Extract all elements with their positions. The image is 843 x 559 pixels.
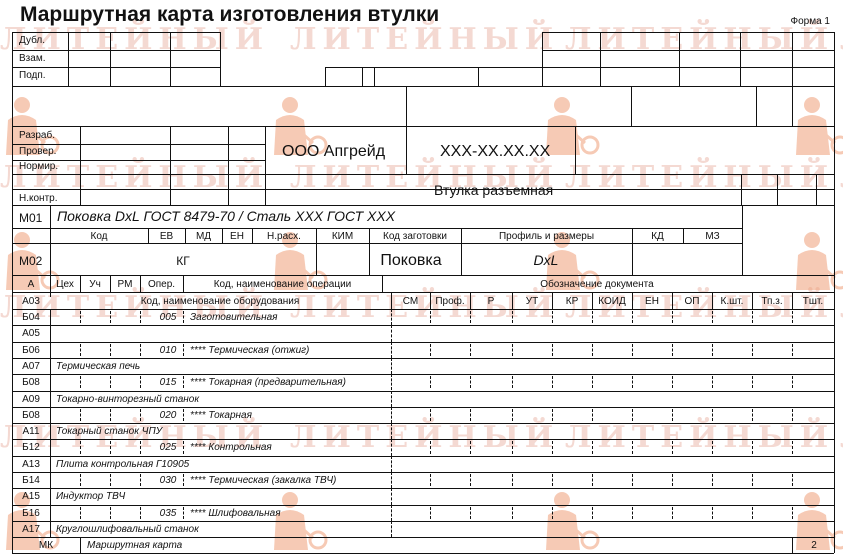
rule-line (252, 228, 253, 243)
dashed-separator (632, 311, 633, 323)
dashed-separator (592, 474, 593, 486)
watermark-text: ЛИТЕЙНЫЙ (290, 290, 559, 325)
dashed-separator (391, 358, 392, 374)
row-code[interactable]: А11 (22, 427, 39, 437)
rule-line (12, 205, 834, 206)
rule-line (631, 86, 632, 126)
rule-line (406, 126, 407, 174)
dashed-separator (391, 521, 392, 537)
rule-line (12, 309, 834, 310)
rule-line (12, 488, 834, 489)
dashed-separator (391, 342, 392, 358)
dashed-separator (672, 376, 673, 388)
dashed-separator (183, 409, 184, 421)
signature-label-prover: Провер. (19, 147, 56, 157)
dashed-separator (183, 344, 184, 356)
dashed-separator (632, 376, 633, 388)
dashed-separator (183, 507, 184, 519)
row-code[interactable]: Б08 (22, 378, 40, 388)
dashed-separator (712, 311, 713, 323)
rule-line (222, 228, 223, 243)
form-label: Форма 1 (790, 16, 830, 27)
dashed-separator (512, 474, 513, 486)
dashed-separator (140, 441, 141, 453)
operation-number[interactable]: 025 (160, 443, 177, 453)
rule-line (632, 292, 633, 309)
dashed-separator (140, 311, 141, 323)
dashed-separator (391, 391, 392, 407)
rule-line (777, 174, 778, 205)
equipment-name[interactable]: Термическая печь (56, 362, 140, 372)
equipment-name[interactable]: Индуктор ТВЧ (56, 492, 125, 502)
rule-line (12, 275, 834, 276)
rule-line (185, 228, 186, 243)
rule-line (325, 67, 326, 86)
dashed-separator (80, 474, 81, 486)
rule-line (542, 32, 543, 86)
foundry-worker-icon (268, 490, 328, 559)
dashed-separator (391, 325, 392, 341)
rule-line (110, 275, 111, 292)
rule-line (12, 325, 834, 326)
rule-line (834, 32, 835, 553)
signature-label-razrab: Разраб. (19, 131, 55, 141)
rule-line (369, 243, 370, 275)
dashed-separator (712, 441, 713, 453)
dashed-separator (752, 376, 753, 388)
row-code[interactable]: Б08 (22, 411, 40, 421)
rule-line (12, 292, 834, 293)
dashed-separator (632, 474, 633, 486)
operation-name[interactable]: **** Шлифовальная (190, 509, 281, 519)
m02-blank-code: Поковка (380, 253, 441, 269)
row-code[interactable]: А09 (22, 395, 40, 405)
m02-header-3: ЕН (230, 232, 244, 242)
rule-line (50, 309, 51, 537)
equipment-name[interactable]: Токарный станок ЧПУ (56, 427, 162, 437)
rule-line (12, 521, 834, 522)
rule-line (374, 67, 375, 86)
dashed-separator (470, 376, 471, 388)
dashed-separator (792, 344, 793, 356)
dashed-separator (110, 344, 111, 356)
rule-line (792, 86, 793, 126)
rule-line (391, 292, 392, 309)
dashed-separator (80, 409, 81, 421)
rule-line (741, 174, 742, 205)
part-name: Втулка разъемная (434, 183, 553, 197)
m02-header-5: КИМ (332, 232, 353, 242)
dashed-separator (80, 311, 81, 323)
row-code[interactable]: Б14 (22, 476, 40, 486)
header-b-col-1: Проф. (435, 297, 464, 307)
rule-line (12, 32, 220, 33)
dashed-separator (512, 344, 513, 356)
dashed-separator (391, 472, 392, 488)
stamp-label-dubl: Дубл. (19, 36, 45, 46)
dashed-separator (552, 311, 553, 323)
dashed-separator (140, 507, 141, 519)
dashed-separator (391, 439, 392, 455)
dashed-separator (752, 344, 753, 356)
operation-name[interactable]: **** Токарная (190, 411, 252, 421)
rule-line (316, 228, 317, 243)
rule-line (12, 537, 834, 538)
rule-line (632, 228, 633, 243)
dashed-separator (632, 507, 633, 519)
dashed-separator (470, 311, 471, 323)
dashed-separator (183, 441, 184, 453)
rule-line (362, 67, 363, 86)
row-code[interactable]: Б06 (22, 346, 40, 356)
equipment-name[interactable]: Плита контрольная Г10905 (56, 460, 189, 470)
m02-header-0: Код (90, 232, 107, 242)
dashed-separator (183, 311, 184, 323)
rule-line (110, 32, 111, 86)
rule-line (12, 174, 834, 175)
m02-unit: КГ (176, 255, 190, 267)
dashed-separator (110, 376, 111, 388)
header-a-col-0: Цех (56, 280, 74, 290)
row-code[interactable]: А05 (22, 329, 40, 339)
rule-line (683, 228, 684, 243)
dashed-separator (391, 407, 392, 423)
rule-line (12, 126, 834, 127)
rule-line (12, 189, 834, 190)
doc-designation-label: Обозначение документа (540, 280, 653, 290)
row-code-m02: М02 (19, 255, 42, 267)
header-b-col-0: СМ (403, 297, 418, 307)
m02-header-7: Профиль и размеры (499, 232, 594, 242)
rule-line (470, 292, 471, 309)
rule-line (50, 243, 51, 275)
watermark-text: ЛИТЕЙНЫЙ (565, 420, 834, 455)
header-a-code: А (28, 280, 35, 290)
operation-name[interactable]: **** Термическая (закалка ТВЧ) (190, 476, 336, 486)
rule-line (592, 292, 593, 309)
footer-code: МК (39, 541, 53, 551)
rule-line (265, 126, 266, 205)
dashed-separator (430, 376, 431, 388)
dashed-separator (80, 344, 81, 356)
dashed-separator (430, 311, 431, 323)
operation-number[interactable]: 030 (160, 476, 177, 486)
rule-line (478, 67, 479, 86)
rule-line (170, 126, 171, 205)
header-b-col-8: К.шт. (721, 297, 744, 307)
dashed-separator (512, 311, 513, 323)
dashed-separator (552, 507, 553, 519)
rule-line (792, 537, 793, 553)
dashed-separator (672, 344, 673, 356)
dashed-separator (391, 423, 392, 439)
operation-name[interactable]: Заготовительная (190, 313, 278, 323)
dashed-separator (80, 507, 81, 519)
header-b-col-5: КОИД (598, 297, 625, 307)
rule-line (679, 32, 680, 86)
rule-line (512, 292, 513, 309)
dashed-separator (391, 505, 392, 521)
dashed-separator (183, 474, 184, 486)
dashed-separator (712, 507, 713, 519)
dashed-separator (592, 441, 593, 453)
dashed-separator (470, 474, 471, 486)
watermark-text: ЛИТЕЙНЫЙ (290, 420, 559, 455)
m02-header-8: КД (651, 232, 664, 242)
dashed-separator (672, 507, 673, 519)
rule-line (792, 32, 793, 86)
m02-header-6: Код заготовки (383, 232, 447, 242)
row-code[interactable]: А17 (22, 525, 40, 535)
rule-line (12, 391, 834, 392)
rule-line (12, 86, 834, 87)
equipment-name[interactable]: Круглошлифовальный станок (56, 525, 199, 535)
dashed-separator (592, 507, 593, 519)
dashed-separator (391, 309, 392, 325)
dashed-separator (470, 409, 471, 421)
dashed-separator (110, 441, 111, 453)
equipment-label: Код, наименование оборудования (141, 297, 300, 307)
header-b-code: А03 (22, 297, 40, 307)
dashed-separator (140, 344, 141, 356)
dashed-separator (183, 376, 184, 388)
dashed-separator (110, 507, 111, 519)
operation-name[interactable]: **** Термическая (отжиг) (190, 346, 309, 356)
row-code[interactable]: А07 (22, 362, 40, 372)
header-a-col-3: Опер. (148, 280, 175, 290)
header-a-col-1: Уч (89, 280, 101, 290)
rule-line (369, 228, 370, 243)
operation-name[interactable]: **** Токарная (предварительная) (190, 378, 346, 388)
m02-profile: DxL (534, 253, 559, 267)
rule-line (50, 228, 51, 243)
m02-header-4: Н.расх. (267, 232, 301, 242)
dashed-separator (792, 311, 793, 323)
header-b-col-6: ЕН (645, 297, 659, 307)
dashed-separator (430, 474, 431, 486)
dashed-separator (712, 409, 713, 421)
rule-line (220, 32, 221, 86)
rule-line (575, 126, 576, 174)
dashed-separator (430, 344, 431, 356)
rule-line (632, 243, 633, 275)
rule-line (80, 537, 81, 553)
dashed-separator (792, 409, 793, 421)
dashed-separator (712, 344, 713, 356)
m02-header-9: МЗ (705, 232, 719, 242)
rule-line (672, 292, 673, 309)
dashed-separator (752, 507, 753, 519)
material-spec: Поковка DxL ГОСТ 8479-70 / Сталь XXX ГОС… (57, 209, 395, 223)
dashed-separator (430, 409, 431, 421)
operation-number[interactable]: 015 (160, 378, 177, 388)
watermark-text: ЛИТЕЙНЫЙ (565, 22, 834, 57)
rule-line (12, 50, 220, 51)
rule-line (170, 32, 171, 86)
dashed-separator (632, 409, 633, 421)
rule-line (183, 275, 184, 292)
rule-line (80, 126, 81, 205)
dashed-separator (140, 474, 141, 486)
m02-header-1: ЕВ (160, 232, 173, 242)
dashed-separator (592, 344, 593, 356)
dashed-separator (672, 441, 673, 453)
dashed-separator (712, 376, 713, 388)
watermark-text: ЛИТЕЙНЫЙ (290, 22, 559, 57)
rule-line (542, 32, 834, 33)
rule-line (12, 374, 834, 375)
equipment-name[interactable]: Токарно-винторезный станок (56, 395, 199, 405)
rule-line (12, 407, 834, 408)
document-code: XXX-XX.XX.XX (440, 144, 550, 160)
operation-number[interactable]: 020 (160, 411, 177, 421)
row-code[interactable]: Б16 (22, 509, 40, 519)
dashed-separator (140, 376, 141, 388)
rule-line (228, 126, 229, 205)
m02-header-2: МД (196, 232, 211, 242)
dashed-separator (470, 441, 471, 453)
rule-line (50, 275, 51, 292)
dashed-separator (672, 474, 673, 486)
dashed-separator (391, 374, 392, 390)
dashed-separator (752, 441, 753, 453)
signature-label-nkontr: Н.контр. (19, 194, 58, 204)
rule-line (12, 505, 834, 506)
rule-line (12, 472, 834, 473)
row-code[interactable]: А15 (22, 492, 40, 502)
operation-number[interactable]: 010 (160, 346, 177, 356)
rule-line (430, 292, 431, 309)
dashed-separator (712, 474, 713, 486)
rule-line (756, 86, 757, 126)
rule-line (816, 174, 817, 205)
dashed-separator (430, 507, 431, 519)
rule-line (600, 32, 601, 86)
rule-line (382, 275, 383, 292)
organization-name: ООО Апгрейд (282, 144, 385, 160)
rule-line (712, 292, 713, 309)
row-code[interactable]: Б12 (22, 443, 40, 453)
rule-line (406, 86, 407, 126)
dashed-separator (110, 474, 111, 486)
dashed-separator (512, 409, 513, 421)
dashed-separator (391, 488, 392, 504)
dashed-separator (592, 311, 593, 323)
dashed-separator (592, 409, 593, 421)
dashed-separator (592, 376, 593, 388)
rule-line (742, 228, 743, 243)
rule-line (80, 275, 81, 292)
dashed-separator (792, 441, 793, 453)
footer-name: Маршрутная карта (87, 541, 182, 551)
rule-line (461, 243, 462, 275)
dashed-separator (140, 409, 141, 421)
header-b-col-10: Тшт. (803, 297, 823, 307)
dashed-separator (512, 507, 513, 519)
dashed-separator (792, 507, 793, 519)
rule-line (68, 32, 69, 86)
foundry-worker-icon (790, 95, 843, 165)
dashed-separator (552, 344, 553, 356)
dashed-separator (391, 456, 392, 472)
rule-line (461, 228, 462, 243)
header-b-col-2: Р (488, 297, 495, 307)
operation-name[interactable]: **** Контрольная (190, 443, 272, 453)
dashed-separator (552, 441, 553, 453)
header-b-col-9: Тп.з. (761, 297, 782, 307)
rule-line (792, 292, 793, 309)
rule-line (12, 553, 834, 554)
rule-line (325, 67, 834, 68)
dashed-separator (512, 376, 513, 388)
dashed-separator (512, 441, 513, 453)
rule-line (12, 67, 220, 68)
dashed-separator (632, 441, 633, 453)
dashed-separator (792, 474, 793, 486)
stamp-label-vzam: Взам. (19, 54, 45, 64)
dashed-separator (632, 344, 633, 356)
rule-line (12, 342, 834, 343)
rule-line (552, 292, 553, 309)
rule-line (12, 439, 834, 440)
rule-line (542, 50, 834, 51)
row-code-m01: М01 (19, 212, 42, 224)
dashed-separator (430, 441, 431, 453)
foundry-worker-icon (540, 490, 600, 559)
rule-line (140, 275, 141, 292)
foundry-worker-icon (790, 230, 843, 300)
rule-line (12, 423, 834, 424)
rule-line (148, 228, 149, 243)
dashed-separator (552, 474, 553, 486)
dashed-separator (752, 409, 753, 421)
dashed-separator (552, 409, 553, 421)
dashed-separator (752, 311, 753, 323)
operation-number[interactable]: 035 (160, 509, 177, 519)
rule-line (316, 243, 317, 275)
rule-line (752, 292, 753, 309)
operation-number[interactable]: 005 (160, 313, 177, 323)
dashed-separator (552, 376, 553, 388)
header-b-col-3: УТ (526, 297, 538, 307)
row-code[interactable]: А13 (22, 460, 40, 470)
rule-line (740, 32, 741, 86)
dashed-separator (110, 311, 111, 323)
signature-label-normir: Нормир. (19, 162, 58, 172)
dashed-separator (792, 376, 793, 388)
dashed-separator (80, 376, 81, 388)
rule-line (12, 358, 834, 359)
header-b-col-4: КР (566, 297, 579, 307)
dashed-separator (470, 507, 471, 519)
header-b-col-7: ОП (685, 297, 700, 307)
dashed-separator (672, 311, 673, 323)
page-title: Маршрутная карта изготовления втулки (20, 3, 439, 27)
dashed-separator (752, 474, 753, 486)
page-number: 2 (811, 541, 817, 551)
stamp-label-podp: Подп. (19, 71, 46, 81)
dashed-separator (80, 441, 81, 453)
dashed-separator (672, 409, 673, 421)
header-a-col-4: Код, наименование операции (214, 280, 352, 290)
row-code[interactable]: Б04 (22, 313, 40, 323)
rule-line (12, 456, 834, 457)
dashed-separator (110, 409, 111, 421)
dashed-separator (470, 344, 471, 356)
header-a-col-2: РМ (118, 280, 133, 290)
